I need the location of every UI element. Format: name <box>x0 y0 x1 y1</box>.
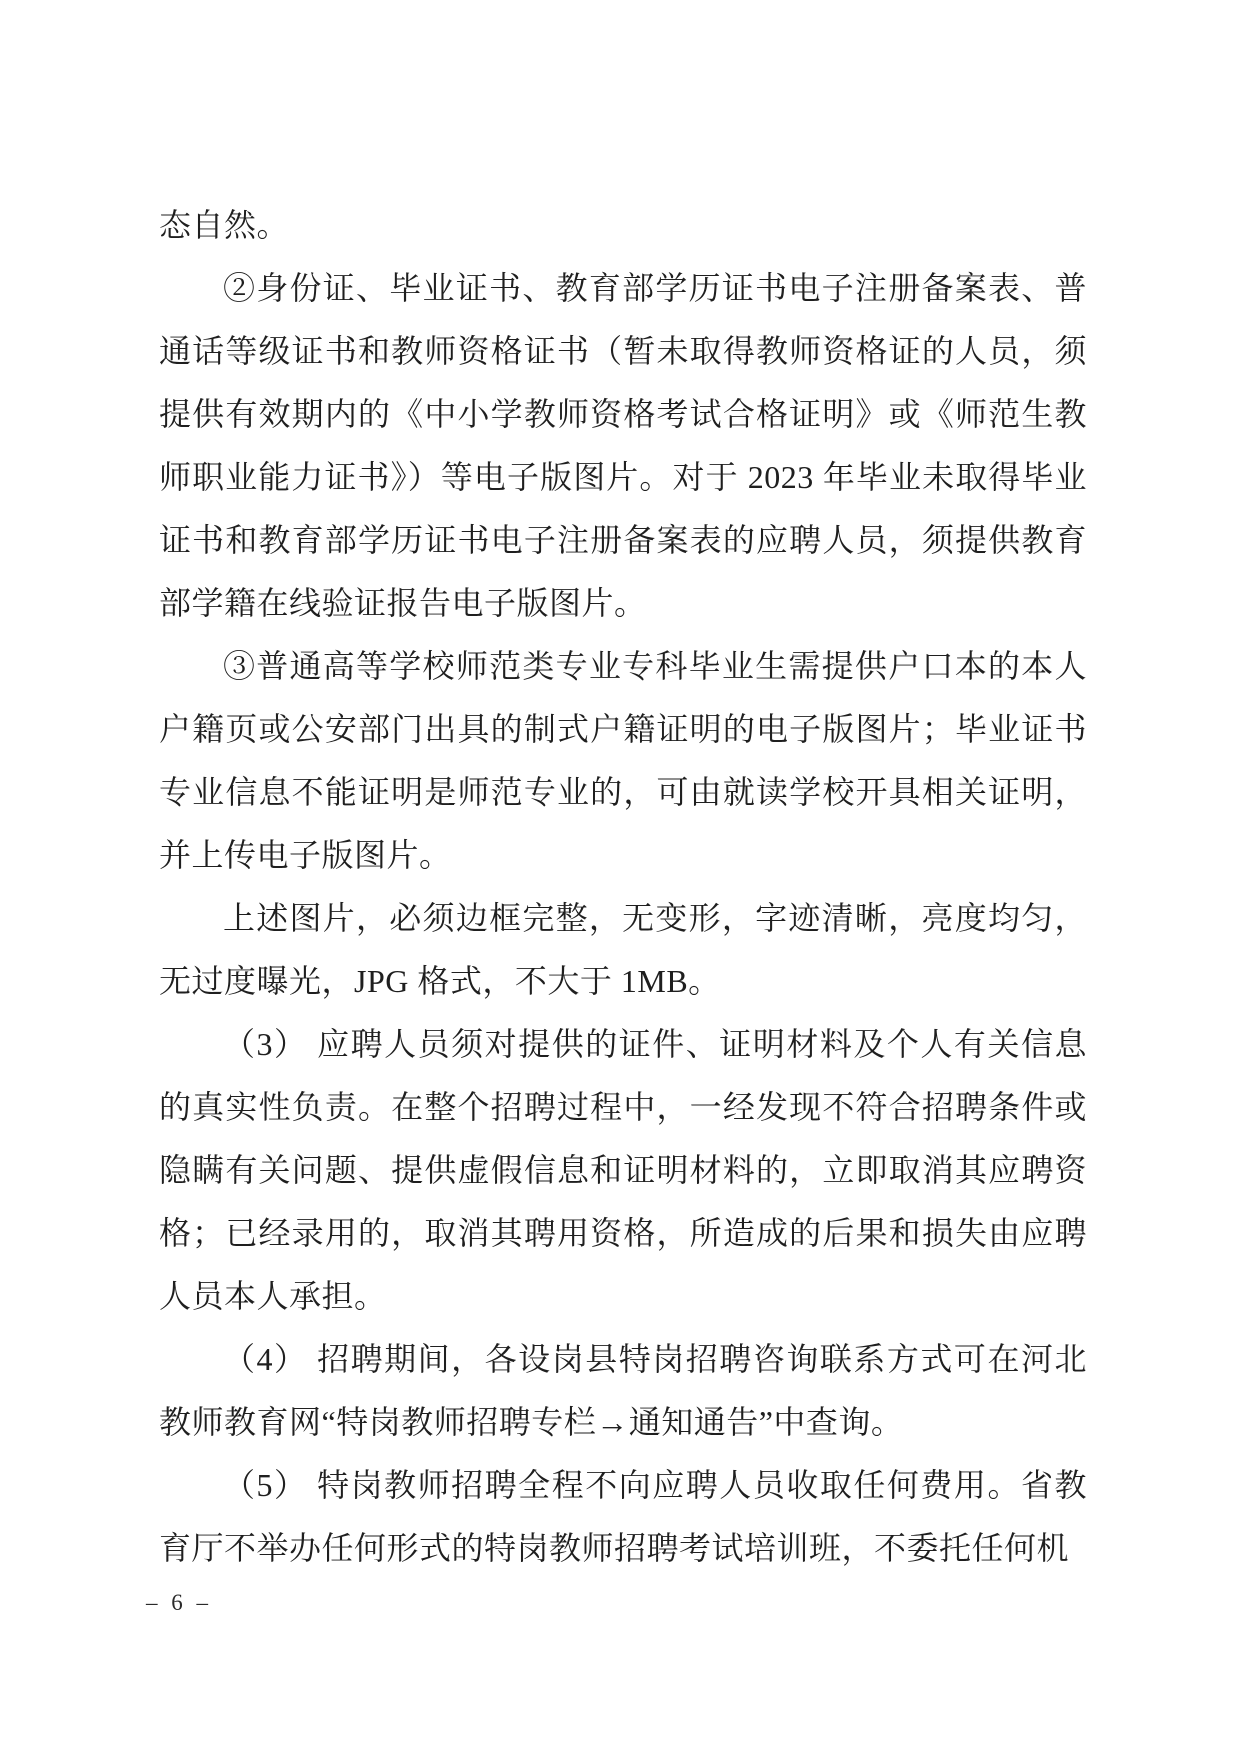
document-body: 态自然。②身份证、毕业证书、教育部学历证书电子注册备案表、普通话等级证书和教师资… <box>159 194 1087 1580</box>
document-page: 态自然。②身份证、毕业证书、教育部学历证书电子注册备案表、普通话等级证书和教师资… <box>0 0 1241 1755</box>
paragraph: 上述图片，必须边框完整，无变形，字迹清晰，亮度均匀，无过度曝光，JPG 格式，不… <box>159 887 1087 1013</box>
paragraph: ②身份证、毕业证书、教育部学历证书电子注册备案表、普通话等级证书和教师资格证书（… <box>159 257 1087 635</box>
paragraph: ③普通高等学校师范类专业专科毕业生需提供户口本的本人户籍页或公安部门出具的制式户… <box>159 635 1087 887</box>
paragraph: 态自然。 <box>159 194 1087 257</box>
paragraph: （3） 应聘人员须对提供的证件、证明材料及个人有关信息的真实性负责。在整个招聘过… <box>159 1013 1087 1328</box>
page-number: – 6 – <box>146 1588 212 1618</box>
paragraph: （5） 特岗教师招聘全程不向应聘人员收取任何费用。省教育厅不举办任何形式的特岗教… <box>159 1454 1087 1580</box>
paragraph: （4） 招聘期间，各设岗县特岗招聘咨询联系方式可在河北教师教育网“特岗教师招聘专… <box>159 1328 1087 1454</box>
